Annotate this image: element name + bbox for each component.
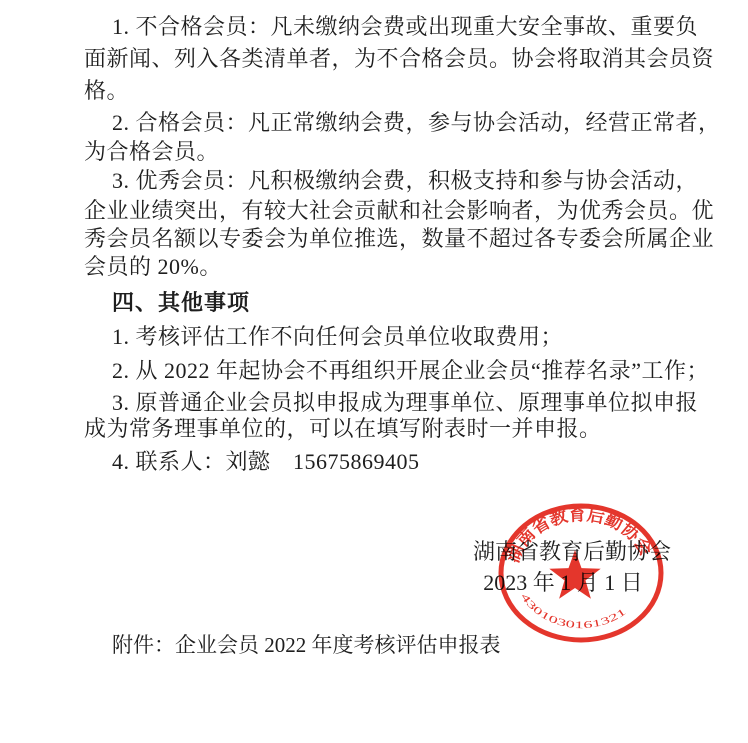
attachment-line: 附件：企业会员 2022 年度考核评估申报表 — [112, 629, 501, 661]
body-line: 会员的 20%。 — [84, 251, 724, 283]
section-heading: 四、其他事项 — [84, 287, 748, 319]
body-line: 为合格会员。 — [84, 136, 724, 168]
body-line: 1. 考核评估工作不向任何会员单位收取费用； — [84, 321, 748, 353]
body-line: 面新闻、列入各类清单者，为不合格会员。协会将取消其会员资 — [84, 43, 724, 75]
official-seal: 湖南省教育后勤协会 4301030161321 — [488, 494, 678, 654]
body-line: 4. 联系人：刘懿 15675869405 — [84, 446, 748, 478]
body-line: 1. 不合格会员：凡未缴纳会费或出现重大安全事故、重要负 — [84, 11, 748, 43]
body-line: 2. 从 2022 年起协会不再组织开展企业会员“推荐名录”工作； — [84, 355, 748, 387]
body-line: 成为常务理事单位的，可以在填写附表时一并申报。 — [84, 413, 724, 445]
seal-star-icon — [549, 550, 600, 599]
body-line: 格。 — [84, 75, 724, 107]
seal-ring-text: 湖南省教育后勤协会 — [503, 504, 657, 565]
body-line: 2. 合格会员：凡正常缴纳会费，参与协会活动，经营正常者， — [84, 107, 748, 139]
document-page: 1. 不合格会员：凡未缴纳会费或出现重大安全事故、重要负 面新闻、列入各类清单者… — [0, 0, 748, 743]
body-line: 3. 优秀会员：凡积极缴纳会费，积极支持和参与协会活动， — [84, 165, 748, 197]
